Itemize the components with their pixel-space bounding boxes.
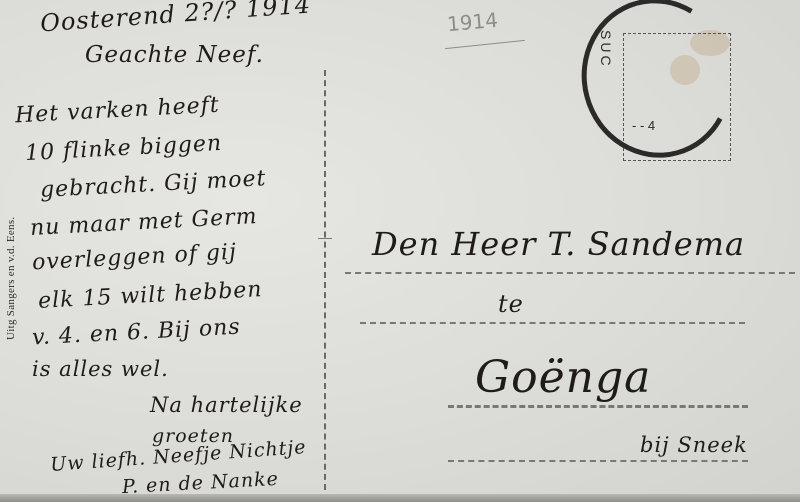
message-line: nu maar met Germ [30,204,259,241]
message-line: is alles wel. [32,357,169,381]
center-divider [324,70,326,490]
postmark-date: - - 4 [632,118,655,133]
message-closing: Na hartelijke [150,393,303,417]
address-recipient: Den Heer T. Sandema [372,225,745,263]
address-line-rule [448,405,748,408]
message-line: v. 4. en 6. Bij ons [31,315,241,351]
message-line: gebracht. Gij moet [40,166,268,203]
address-line-rule [448,460,748,462]
pencil-underline [445,40,525,49]
message-line: Het varken heeft [14,93,220,129]
message-line: elk 15 wilt hebben [37,277,263,314]
message-line: 10 flinke biggen [24,131,222,166]
address-region: bij Sneek [640,433,748,457]
postmark-text: SUC [598,30,614,69]
message-line: overleggen of gij [31,240,237,276]
publisher-imprint: Uitg Sangers en v.d. Eens. [5,217,17,340]
divider-tick [318,238,332,239]
message-signature: P. en de Nanke [122,468,280,498]
message-salutation: Geachte Neef. [85,42,264,68]
address-te: te [498,290,524,318]
address-line-rule [360,322,745,324]
postcard-back: 1914 SUC - - 4 Uitg Sangers en v.d. Eens… [0,0,800,502]
message-place-date: Oosterend 2?/? 1914 [39,0,312,37]
pencil-annotation: 1914 [446,8,499,36]
address-line-rule [345,272,795,274]
address-town: Goënga [475,352,651,403]
